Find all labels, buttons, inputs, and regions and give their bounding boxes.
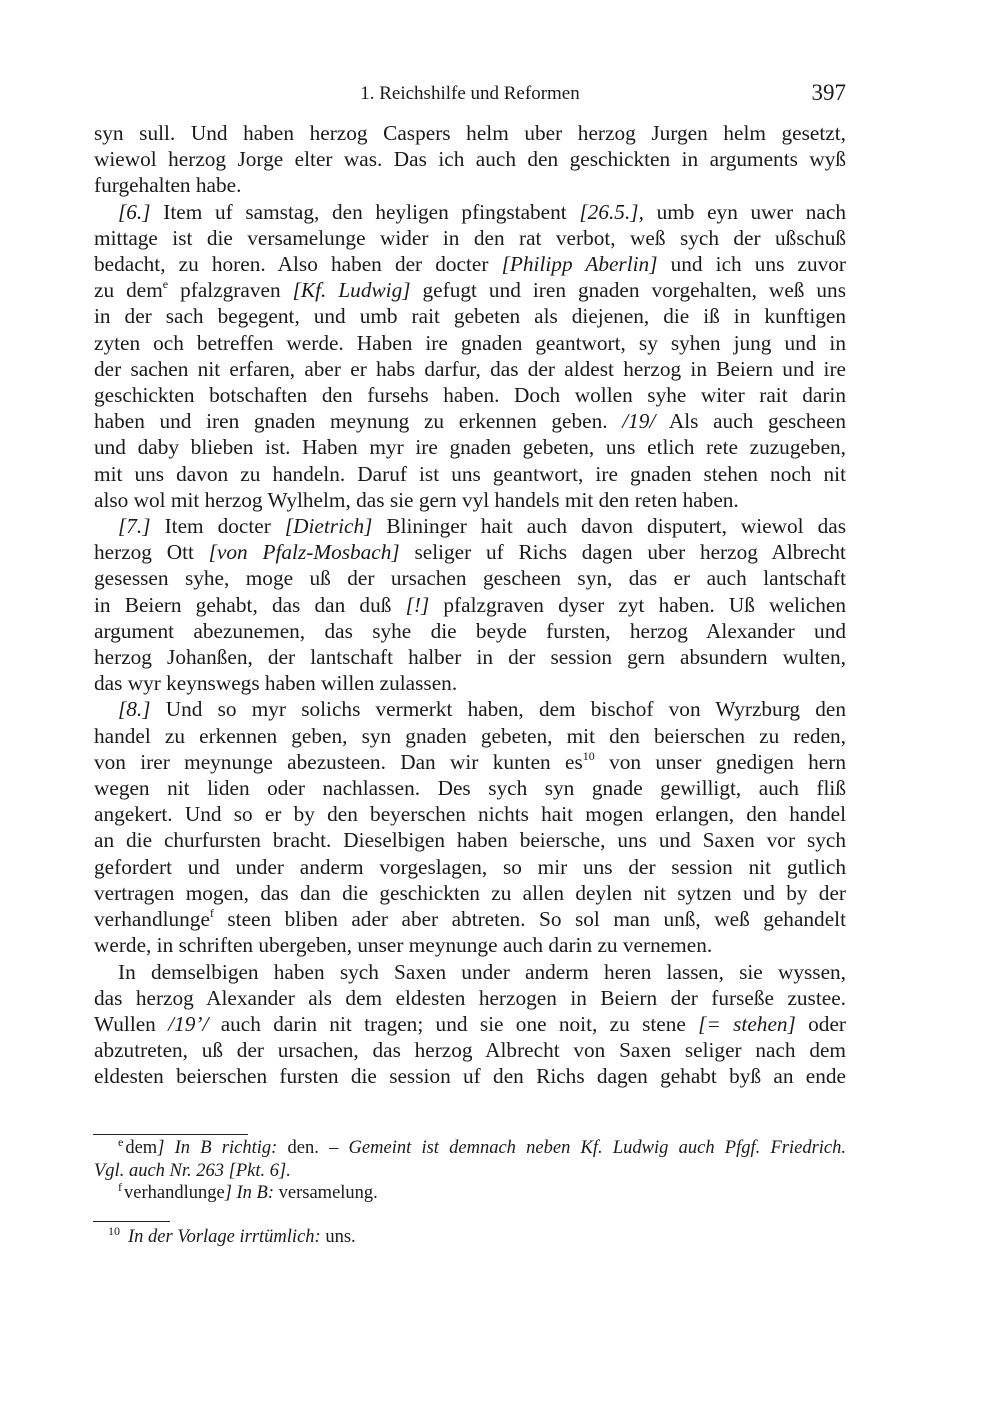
text-segment: gefugt und iren gnaden vorgehalten, weß … — [411, 278, 846, 302]
text-line: das herzog Alexander als dem eldesten he… — [94, 985, 846, 1011]
folio-marker: /19’/ — [168, 1012, 208, 1036]
footnote-mark: 10 — [94, 1224, 120, 1238]
footnote-italic: In B: — [232, 1183, 274, 1203]
text-line: herzog Ott [von Pfalz-Mosbach] seliger u… — [94, 539, 846, 565]
text-line: zu deme pfalzgraven [Kf. Ludwig] gefugt … — [94, 277, 846, 303]
text-segment: haben und iren gnaden meynung zu erkenne… — [94, 409, 622, 433]
footnote-mark: f — [118, 1180, 122, 1194]
text-line: wiewol herzog Jorge elter was. Das ich a… — [94, 146, 846, 172]
footnote-lemma: verhandlunge — [124, 1183, 225, 1203]
footnote-divider — [93, 1134, 248, 1135]
document-page: 1. Reichshilfe und Reformen 397 syn sull… — [0, 0, 1004, 1418]
footnote-italic: Gemeint ist demnach neben Kf. Ludwig auc… — [349, 1138, 846, 1158]
footnote-text: versamelung. — [274, 1183, 378, 1203]
paragraph-7: [7.] Item docter [Dietrich] Blininger ha… — [94, 513, 846, 696]
footnote-text: den. – — [277, 1138, 348, 1158]
text-line: [8.] Und so myr solichs vermerkt haben, … — [94, 696, 846, 722]
running-title: 1. Reichshilfe und Reformen — [94, 83, 846, 105]
text-segment: Item docter — [151, 514, 285, 538]
text-segment: seliger uf Richs dagen uber herzog Albre… — [400, 540, 846, 564]
text-line: haben und iren gnaden meynung zu erkenne… — [94, 408, 846, 434]
text-line: eldesten beierschen fursten die session … — [94, 1063, 846, 1089]
text-segment: steen bliben ader aber abtreten. So sol … — [214, 907, 846, 931]
footnote-mark: e — [118, 1135, 123, 1149]
text-segment: und ich uns zuvor — [658, 252, 847, 276]
footnote-text: uns. — [321, 1227, 356, 1247]
text-line: das wyr keynswegs haben willen zulassen. — [94, 670, 846, 696]
folio-marker: /19/ — [622, 409, 655, 433]
text-line: geschickten botschaften den fursehs habe… — [94, 382, 846, 408]
text-line: an die churfursten bracht. Dieselbigen h… — [94, 827, 846, 853]
footnote-lemma: dem — [125, 1138, 157, 1158]
paragraph-8: [8.] Und so myr solichs vermerkt haben, … — [94, 696, 846, 958]
text-segment: Item uf samstag, den heyligen pfingstabe… — [151, 200, 580, 224]
section-number: [8.] — [118, 697, 151, 721]
footnote-10: 10In der Vorlage irrtümlich: uns. — [94, 1226, 356, 1248]
editorial-date: [26.5.] — [579, 200, 638, 224]
footnote-e-continuation: Vgl. auch Nr. 263 [Pkt. 6]. — [94, 1160, 846, 1183]
text-line: gefordert und under anderm vorgeslagen, … — [94, 854, 846, 880]
text-line: angekert. Und so er by den beyerschen ni… — [94, 801, 846, 827]
footnote-italic: In B richtig: — [164, 1138, 277, 1158]
lemma-bracket: ] — [225, 1183, 232, 1203]
footnote-e: edem] In B richtig: den. – Gemeint ist d… — [94, 1137, 846, 1160]
text-segment: Wullen — [94, 1012, 168, 1036]
text-segment: auch darin nit tragen; und sie one noit,… — [208, 1012, 698, 1036]
text-segment: pfalzgraven — [168, 278, 293, 302]
text-segment: von irer meynunge abezusteen. Dan wir ku… — [94, 750, 583, 774]
text-line: gesessen syhe, moge uß der ursachen gesc… — [94, 565, 846, 591]
text-line: in Beiern gehabt, das dan duß [!] pfalzg… — [94, 592, 846, 618]
running-head: 1. Reichshilfe und Reformen 397 — [94, 80, 846, 106]
editorial-name: [Philipp Aberlin] — [502, 252, 658, 276]
footnote-italic: In der Vorlage irrtümlich: — [128, 1227, 321, 1247]
text-line: [7.] Item docter [Dietrich] Blininger ha… — [94, 513, 846, 539]
text-segment: von unser gnedigen hern — [595, 750, 846, 774]
text-line: mittage ist die versamelunge wider in de… — [94, 225, 846, 251]
section-number: [7.] — [118, 514, 151, 538]
text-line: Wullen /19’/ auch darin nit tragen; und … — [94, 1011, 846, 1037]
footnote-divider — [93, 1221, 170, 1222]
text-line: In demselbigen haben sych Saxen under an… — [94, 959, 846, 985]
text-segment: oder — [796, 1012, 846, 1036]
paragraph-6: [6.] Item uf samstag, den heyligen pfing… — [94, 199, 846, 513]
text-line: der sachen nit erfaren, aber er habs dar… — [94, 356, 846, 382]
text-segment: Und so myr solichs vermerkt haben, dem b… — [151, 697, 846, 721]
text-line: wegen nit liden oder nachlassen. Des syc… — [94, 775, 846, 801]
text-line: abzutreten, uß der ursachen, das herzog … — [94, 1037, 846, 1063]
editorial-sic: [!] — [406, 593, 430, 617]
text-line: verhandlungef steen bliben ader aber abt… — [94, 906, 846, 932]
page-number: 397 — [812, 80, 847, 106]
text-line: handel zu erkennen geben, syn gnaden geb… — [94, 723, 846, 749]
text-line: argument abezunemen, das syhe die beyde … — [94, 618, 846, 644]
text-line: bedacht, zu horen. Also haben der docter… — [94, 251, 846, 277]
text-line: vertragen mogen, das dan die geschickten… — [94, 880, 846, 906]
text-segment: zu dem — [94, 278, 163, 302]
text-line: und daby blieben ist. Haben myr ire gnad… — [94, 434, 846, 460]
text-line: also wol mit herzog Wylhelm, das sie ger… — [94, 487, 846, 513]
section-number: [6.] — [118, 200, 151, 224]
text-line: werde, in schriften ubergeben, unser mey… — [94, 932, 846, 958]
text-segment: verhandlunge — [94, 907, 210, 931]
footnote-f: fverhandlunge] In B: versamelung. — [94, 1182, 846, 1205]
text-segment: Als auch gescheen — [655, 409, 846, 433]
text-segment: bedacht, zu horen. Also haben der docter — [94, 252, 502, 276]
text-line: mit uns davon zu handeln. Daruf ist uns … — [94, 461, 846, 487]
main-text: syn sull. Und haben herzog Caspers helm … — [94, 120, 846, 1090]
paragraph-9: In demselbigen haben sych Saxen under an… — [94, 959, 846, 1090]
editorial-gloss: [= stehen] — [698, 1012, 796, 1036]
text-segment: Blininger hait auch davon disputert, wie… — [372, 514, 846, 538]
text-line: syn sull. Und haben herzog Caspers helm … — [94, 120, 846, 146]
editorial-name: [Kf. Ludwig] — [293, 278, 411, 302]
letter-footnotes: edem] In B richtig: den. – Gemeint ist d… — [94, 1137, 846, 1205]
text-segment: , umb eyn uwer nach — [639, 200, 846, 224]
text-line: herzog Johanßen, der lantschaft halber i… — [94, 644, 846, 670]
text-segment: herzog Ott — [94, 540, 209, 564]
text-line: zyten och betreffen werde. Haben ire gna… — [94, 330, 846, 356]
text-line: furgehalten habe. — [94, 172, 846, 198]
text-segment: in Beiern gehabt, das dan duß — [94, 593, 406, 617]
text-line: [6.] Item uf samstag, den heyligen pfing… — [94, 199, 846, 225]
paragraph-continuation: syn sull. Und haben herzog Caspers helm … — [94, 120, 846, 199]
footnote-ref-10[interactable]: 10 — [583, 749, 595, 763]
editorial-name: [Dietrich] — [285, 514, 373, 538]
text-segment: pfalzgraven dyser zyt haben. Uß welichen — [429, 593, 846, 617]
editorial-name: [von Pfalz-Mosbach] — [209, 540, 400, 564]
text-line: von irer meynunge abezusteen. Dan wir ku… — [94, 749, 846, 775]
text-line: in der sach begegent, und umb rait gebet… — [94, 303, 846, 329]
